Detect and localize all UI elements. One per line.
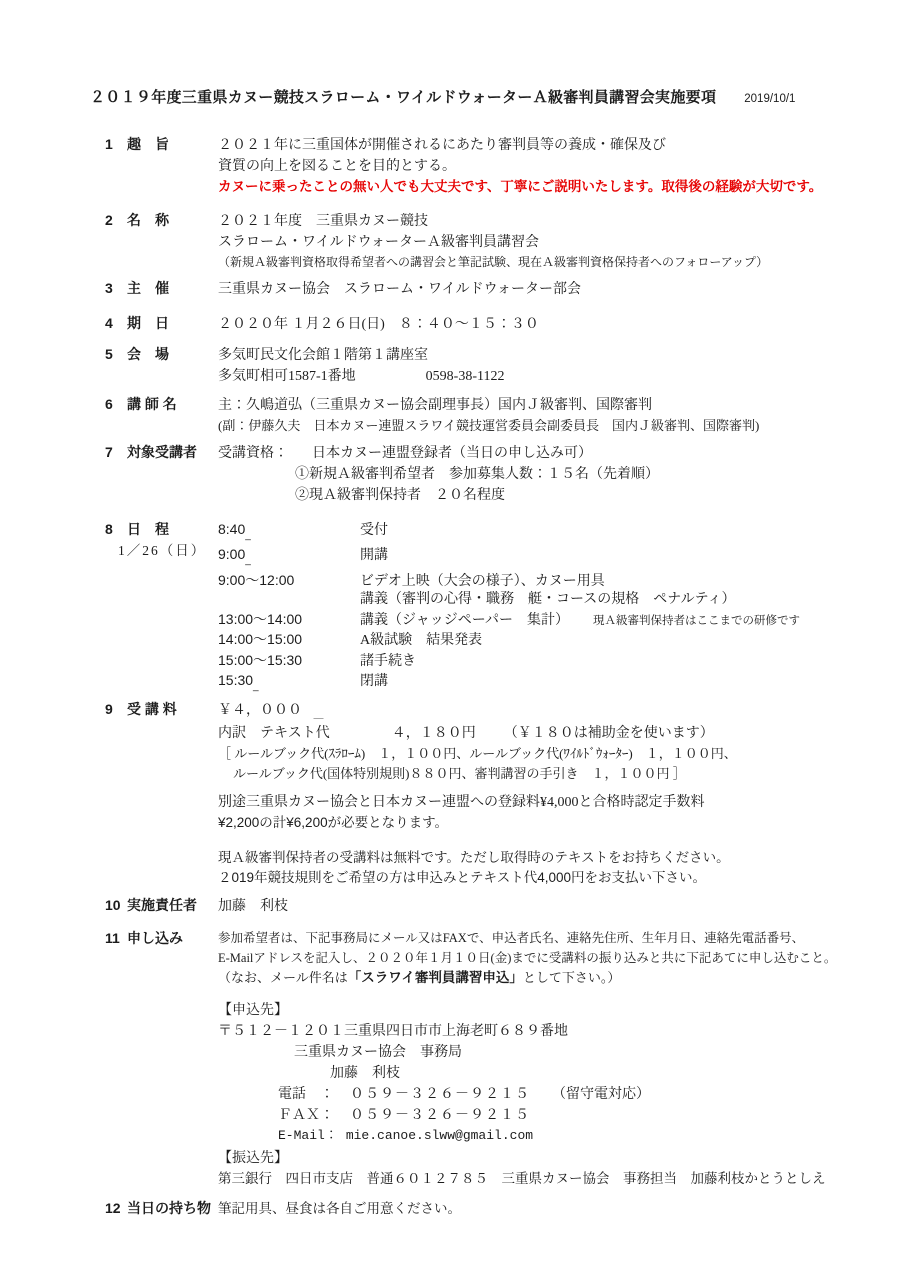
name-note: （新規Ａ級審判資格取得希望者への講習会と筆記試験、現在Ａ級審判資格保持者へのフォ… [218,253,877,271]
schedule-mark: _ [253,681,259,692]
section-label: 名 称 [127,211,169,231]
schedule-row: 14:00～15:00 A級試験 結果発表 [218,630,877,651]
section-venue: 5 会 場 多気町民文化会館１階第１講座室 多気町相可1587-1番地 0598… [0,345,905,387]
section-label: 会 場 [127,345,169,365]
section-label: 申し込み [127,929,183,949]
schedule-row: 9:00_ 開講 [218,545,877,570]
section-label: 実施責任者 [127,896,197,916]
fee-free-2: ２019年競技規則をご希望の方は申込みとテキスト代4,000円をお支払い下さい。 [218,868,877,888]
section-date: 4 期 日 ２０２０年 １月２６日(日) ８：４０～１５：３０ [0,314,905,335]
fee-bracket-1: ［ ルールブック代(ｽﾗﾛｰﾑ) １，１００円、ルールブック代(ﾜｲﾙﾄﾞｳｫｰ… [218,744,877,764]
fee-breakdown-value: ４，１８０円 [392,723,476,744]
doc-header: ２０１９年度三重県カヌー競技スラローム・ワイルドウォーターＡ級審判員講習会実施要… [0,0,905,107]
document-page: ２０１９年度三重県カヌー競技スラローム・ワイルドウォーターＡ級審判員講習会実施要… [0,0,905,1280]
section-responsible: 10 実施責任者 加藤 利枝 [0,896,905,917]
name-line-1: ２０２１年度 三重県カヌー競技 [218,211,877,232]
section-belongings: 12 当日の持ち物 筆記用具、昼食は各自ご用意ください。 [0,1199,905,1219]
section-label: 期 日 [127,314,169,334]
doc-date: 2019/10/1 [744,93,795,105]
fax-label: ＦＡＸ： [278,1105,334,1126]
schedule-time: 9:00～12:00 [218,572,294,588]
schedule-activity: 閉講 [360,673,388,692]
application-line-3-pre: （なお、メール件名は [218,970,348,985]
phone-label: 電話 ： [278,1084,334,1105]
fee-free-1: 現Ａ級審判保持者の受講料は無料です。ただし取得時のテキストをお持ちください。 [218,848,877,868]
bank-details: 第三銀行 四日市支店 普通６０１２７８５ 三重県カヌー協会 事務担当 加藤利枝か… [218,1169,877,1189]
schedule-activity: ビデオ上映（大会の様子）、カヌー用具 [360,573,605,592]
schedule-activity: 開講 [360,547,388,566]
fee-breakdown-label: 内訳 テキスト代 [218,723,330,744]
section-number: 7 [105,443,127,463]
section-application: 11 申し込み 参加希望者は、下記事務局にメール又はFAXで、申込者氏名、連絡先… [0,929,905,1189]
section-label: 対象受講者 [127,443,197,463]
apply-organization: 三重県カヌー協会 事務局 [218,1042,877,1063]
section-number: 4 [105,314,127,334]
apply-to-header: 【申込先】 [218,1000,877,1021]
section-label: 受 講 料 [127,700,177,720]
email-label: E-Mail： [278,1126,338,1146]
schedule-row: 8:40_ 受付 [218,520,877,545]
venue-phone: 0598-38-1122 [426,366,505,387]
schedule-activity: 受付 [360,522,388,541]
section-number: 5 [105,345,127,365]
section-number: 9 [105,700,127,720]
schedule-activity: 諸手続き [360,653,416,672]
section-schedule: 8 日 程 1／26（日） 8:40_ 受付 9:00_ 開講 9:00～12:… [0,520,905,696]
purpose-line-2: 資質の向上を図ることを目的とする。 [218,156,877,177]
page-title: ２０１９年度三重県カヌー競技スラローム・ワイルドウォーターＡ級審判員講習会実施要… [90,86,716,107]
venue-address: 多気町相可1587-1番地 [218,366,356,387]
schedule-time: 14:00～15:00 [218,631,302,647]
section-number: 11 [105,929,127,949]
section-label: 日 程 [127,520,169,540]
schedule-activity: 講義（審判の心得・職務 艇・コースの規格 ペナルティ） [360,591,735,610]
section-number: 3 [105,279,127,299]
schedule-date: 1／26（日） [105,542,218,561]
responsible-name: 加藤 利枝 [218,896,877,917]
schedule-activity: 講義（ジャッジペーパー 集計） [360,612,569,631]
instructor-sub: (副：伊藤久夫 日本カヌー連盟スラワイ競技運営委員会副委員長 国内Ｊ級審判、国際… [218,416,877,436]
purpose-highlight: カヌーに乗ったことの無い人でも大丈夫です、丁寧にご説明いたします。取得後の経験が… [218,177,877,197]
section-fee: 9 受 講 料 ￥４，０００ ＿ 内訳 テキスト代 ４，１８０円 （￥１８０は補… [0,700,905,888]
qualification-line-1: 日本カヌー連盟登録者（当日の申し込み可） [312,443,592,464]
schedule-row: 講義（審判の心得・職務 艇・コースの規格 ペナルティ） [218,591,877,610]
apply-person: 加藤 利枝 [218,1063,877,1084]
section-name: 2 名 称 ２０２１年度 三重県カヌー競技 スラローム・ワイルドウォーターＡ級審… [0,211,905,271]
section-label: 主 催 [127,279,169,299]
application-subject: 「スラワイ審判員講習申込」 [348,970,523,985]
section-eligibility: 7 対象受講者 受講資格： 日本カヌー連盟登録者（当日の申し込み可） ①新規Ａ級… [0,443,905,506]
schedule-time: 8:40 [218,521,245,537]
venue-name: 多気町民文化会館１階第１講座室 [218,345,877,366]
section-number: 10 [105,896,127,916]
section-organizer: 3 主 催 三重県カヌー協会 スラローム・ワイルドウォーター部会 [0,279,905,300]
qualification-label: 受講資格： [218,443,288,464]
name-line-2: スラローム・ワイルドウォーターＡ級審判員講習会 [218,232,877,253]
application-line-1: 参加希望者は、下記事務局にメール又はFAXで、申込者氏名、連絡先住所、生年月日、… [218,929,877,949]
schedule-time: 9:00 [218,546,245,562]
section-instructors: 6 講 師 名 主：久嶋道弘（三重県カヌー協会副理事長）国内Ｊ級審判、国際審判 … [0,395,905,436]
belongings-line: 筆記用具、昼食は各自ご用意ください。 [218,1199,877,1219]
schedule-mark: _ [245,555,251,566]
section-number: 2 [105,211,127,231]
phone-note: （留守電対応） [552,1084,650,1105]
section-label: 当日の持ち物 [127,1199,211,1219]
email-address: mie.canoe.slww@gmail.com [346,1126,533,1146]
section-number: 6 [105,395,127,415]
fee-extra-1: 別途三重県カヌー協会と日本カヌー連盟への登録料¥4,000と合格時認定手数料 [218,792,877,813]
section-number: 8 [105,520,127,540]
schedule-activity: A級試験 結果発表 [360,632,482,651]
fax-number: ０５９－３２６－９２１５ [350,1105,530,1126]
event-date-line: ２０２０年 １月２６日(日) ８：４０～１５：３０ [218,314,877,335]
phone-number: ０５９－３２６－９２１５ [350,1084,530,1105]
qualification-line-2: ①新規Ａ級審判希望者 参加募集人数：１５名（先着順） [218,464,877,485]
fee-bracket-2: ルールブック代(国体特別規則)８８０円、審判講習の手引き １，１００円 ］ [218,764,877,784]
section-label: 講 師 名 [127,395,177,415]
section-label: 趣 旨 [127,135,169,155]
schedule-row: 15:00～15:30 諸手続き [218,651,877,672]
qualification-line-3: ②現Ａ級審判保持者 ２０名程度 [218,485,877,506]
schedule-note: 現Ａ級審判保持者はここまでの研修です [593,612,800,631]
schedule-time: 13:00～14:00 [218,611,302,627]
section-number: 12 [105,1199,127,1219]
purpose-line-1: ２０２１年に三重国体が開催されるにあたり審判員等の養成・確保及び [218,135,877,156]
section-number: 1 [105,135,127,155]
application-line-2: E-Mailアドレスを記入し、２０２０年１月１０日(金)までに受講料の振り込みと… [218,949,877,969]
schedule-time: 15:00～15:30 [218,652,302,668]
fee-mark: ＿ [314,710,324,721]
section-purpose: 1 趣 旨 ２０２１年に三重国体が開催されるにあたり審判員等の養成・確保及び 資… [0,135,905,197]
schedule-row: 15:30_ 閉講 [218,671,877,696]
apply-address: 〒５１２－１２０１三重県四日市市上海老町６８９番地 [218,1021,877,1042]
fee-extra-2: ¥2,200の計¥6,200が必要となります。 [218,813,877,833]
schedule-row: 9:00～12:00 ビデオ上映（大会の様子）、カヌー用具 [218,571,877,592]
organizer-line: 三重県カヌー協会 スラローム・ワイルドウォーター部会 [218,279,877,300]
fee-amount: ￥４，０００ [218,703,302,718]
instructor-main: 主：久嶋道弘（三重県カヌー協会副理事長）国内Ｊ級審判、国際審判 [218,395,877,416]
fee-breakdown-note: （￥１８０は補助金を使います） [504,723,714,744]
schedule-time: 15:30 [218,672,253,688]
schedule-mark: _ [245,530,251,541]
bank-header: 【振込先】 [218,1148,877,1169]
schedule-row: 13:00～14:00 講義（ジャッジペーパー 集計） 現Ａ級審判保持者はここま… [218,610,877,631]
application-line-3-post: として下さい。） [523,970,621,985]
